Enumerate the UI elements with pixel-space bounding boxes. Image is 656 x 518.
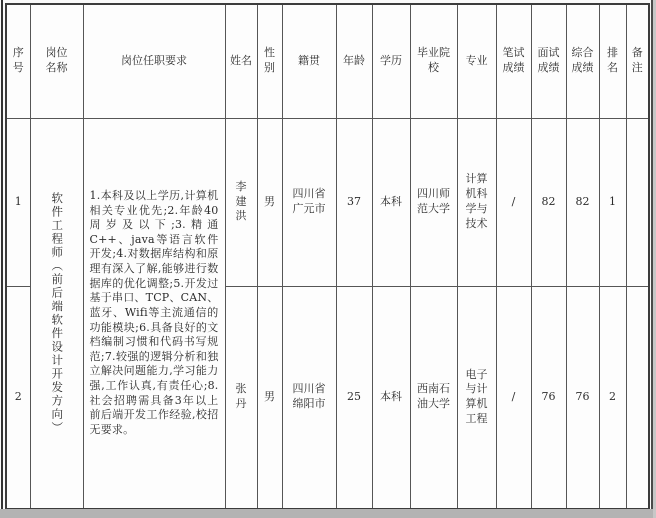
cell-education: 本科 [372, 118, 410, 286]
cell-name: 李 建 洪 [225, 118, 257, 286]
cell-overall-score: 82 [566, 118, 599, 286]
cell-no: 2 [6, 286, 30, 509]
scanned-page: 序 号 岗位 名称 岗位任职要求 姓名 性 别 籍贯 年龄 学历 毕业院 校 专… [0, 0, 656, 518]
cell-education: 本科 [372, 286, 410, 509]
header-row: 序 号 岗位 名称 岗位任职要求 姓名 性 别 籍贯 年龄 学历 毕业院 校 专… [6, 4, 649, 118]
cell-major: 计算 机科 学与 技术 [457, 118, 496, 286]
cell-gender: 男 [257, 286, 282, 509]
header-age: 年龄 [336, 4, 372, 118]
table-row: 1 软件工程师（前后端软件设计开发方向） 1.本科及以上学历,计算机相关专业优先… [6, 118, 649, 286]
cell-remark [626, 118, 649, 286]
header-position-name: 岗位 名称 [30, 4, 83, 118]
cell-rank: 1 [599, 118, 626, 286]
scan-edge-bottom [0, 509, 653, 518]
cell-hometown: 四川省 广元市 [282, 118, 336, 286]
header-no: 序 号 [6, 4, 30, 118]
header-gender: 性 别 [257, 4, 282, 118]
cell-written-score: / [496, 118, 531, 286]
header-requirements: 岗位任职要求 [83, 4, 225, 118]
header-major: 专业 [457, 4, 496, 118]
header-name: 姓名 [225, 4, 257, 118]
header-written-score: 笔试 成绩 [496, 4, 531, 118]
cell-age: 25 [336, 286, 372, 509]
cell-interview-score: 76 [531, 286, 566, 509]
header-rank: 排 名 [599, 4, 626, 118]
recruitment-results-table: 序 号 岗位 名称 岗位任职要求 姓名 性 别 籍贯 年龄 学历 毕业院 校 专… [5, 3, 650, 510]
cell-position-name: 软件工程师（前后端软件设计开发方向） [30, 118, 83, 509]
cell-age: 37 [336, 118, 372, 286]
cell-hometown: 四川省 绵阳市 [282, 286, 336, 509]
cell-major: 电子 与计 算机 工程 [457, 286, 496, 509]
header-school: 毕业院 校 [410, 4, 457, 118]
cell-school: 四川师 范大学 [410, 118, 457, 286]
header-overall-score: 综合 成绩 [566, 4, 599, 118]
cell-name: 张 丹 [225, 286, 257, 509]
scan-edge-left [1, 0, 3, 510]
cell-interview-score: 82 [531, 118, 566, 286]
header-education: 学历 [372, 4, 410, 118]
cell-remark [626, 286, 649, 509]
cell-rank: 2 [599, 286, 626, 509]
header-interview-score: 面试 成绩 [531, 4, 566, 118]
cell-school: 西南石 油大学 [410, 286, 457, 509]
cell-requirements: 1.本科及以上学历,计算机相关专业优先;2.年龄40周岁及以下;3.精通C++、… [83, 118, 225, 509]
cell-no: 1 [6, 118, 30, 286]
cell-overall-score: 76 [566, 286, 599, 509]
header-remark: 备 注 [626, 4, 649, 118]
header-hometown: 籍贯 [282, 4, 336, 118]
cell-gender: 男 [257, 118, 282, 286]
cell-written-score: / [496, 286, 531, 509]
